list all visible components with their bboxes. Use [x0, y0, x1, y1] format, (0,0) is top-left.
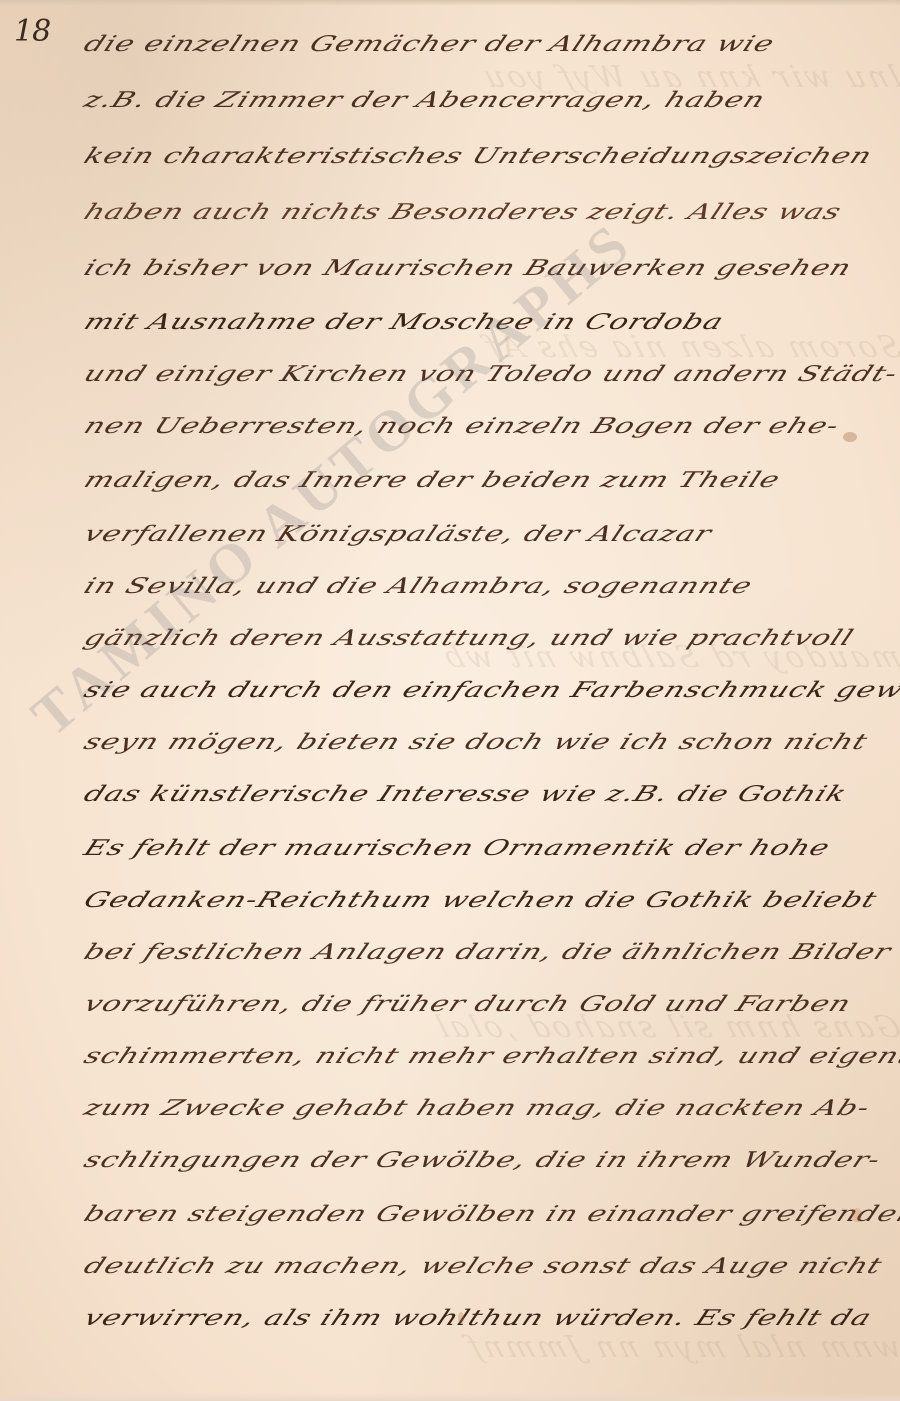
text-line: gänzlich deren Ausstattung, und wie prac… — [80, 626, 858, 651]
text-line: kein charakteristisches Unterscheidungsz… — [80, 144, 876, 169]
text-line: ich bisher von Maurischen Bauwerken gese… — [80, 256, 856, 281]
text-line: z.B. die Zimmer der Abencerragen, haben — [80, 88, 769, 113]
bleed-line: Sorom alzen nia ehs Af — [54, 330, 900, 365]
bleed-line: wnm nlal myn nn Jmmnf — [54, 1330, 900, 1365]
text-line: mit Ausnahme der Moschee in Cordoba — [80, 310, 728, 335]
text-line: in Sevilla, und die Alhambra, sogenannte — [80, 574, 757, 599]
text-line: maligen, das Innere der beiden zum Theil… — [80, 468, 784, 493]
text-line: schimmerten, nicht mehr erhalten sind, u… — [80, 1044, 900, 1069]
ink-stain — [458, 1312, 464, 1324]
text-line: sie auch durch den einfachen Farbenschmu… — [80, 678, 900, 703]
manuscript-page: lnu wir knn au Wyf you Sorom alzen nia e… — [0, 0, 900, 1401]
paper-bottom-edge — [0, 1393, 900, 1401]
text-line: bei festlichen Anlagen darin, die ähnlic… — [80, 940, 895, 965]
ink-stain — [852, 1208, 862, 1222]
text-line: schlingungen der Gewölbe, die in ihrem W… — [80, 1148, 885, 1173]
paper-top-edge — [0, 0, 900, 6]
text-line: das künstlerische Interesse wie z.B. die… — [80, 782, 851, 807]
text-line: Es fehlt der maurischen Ornamentik der h… — [80, 836, 834, 861]
text-line: und einiger Kirchen von Toledo und ander… — [80, 362, 900, 387]
text-line: haben auch nichts Besonderes zeigt. Alle… — [80, 200, 846, 225]
text-line: zum Zwecke gehabt haben mag, die nackten… — [80, 1096, 874, 1121]
text-line: seyn mögen, bieten sie doch wie ich scho… — [80, 730, 872, 755]
text-line: die einzelnen Gemächer der Alhambra wie — [80, 32, 779, 57]
text-line: verwirren, als ihm wohlthun würden. Es f… — [80, 1306, 876, 1331]
text-line: deutlich zu machen, welche sonst das Aug… — [80, 1254, 886, 1279]
ink-stain — [843, 432, 857, 442]
text-line: baren steigenden Gewölben in einander gr… — [80, 1202, 900, 1227]
text-line: nen Ueberresten, noch einzeln Bogen der … — [80, 414, 844, 439]
text-line: Gedanken-Reichthum welchen die Gothik be… — [80, 888, 881, 913]
text-line: vorzuführen, die früher durch Gold und F… — [80, 992, 855, 1017]
text-line: verfallenen Königspaläste, der Alcazar — [80, 522, 716, 547]
page-number: 18 — [14, 14, 50, 49]
